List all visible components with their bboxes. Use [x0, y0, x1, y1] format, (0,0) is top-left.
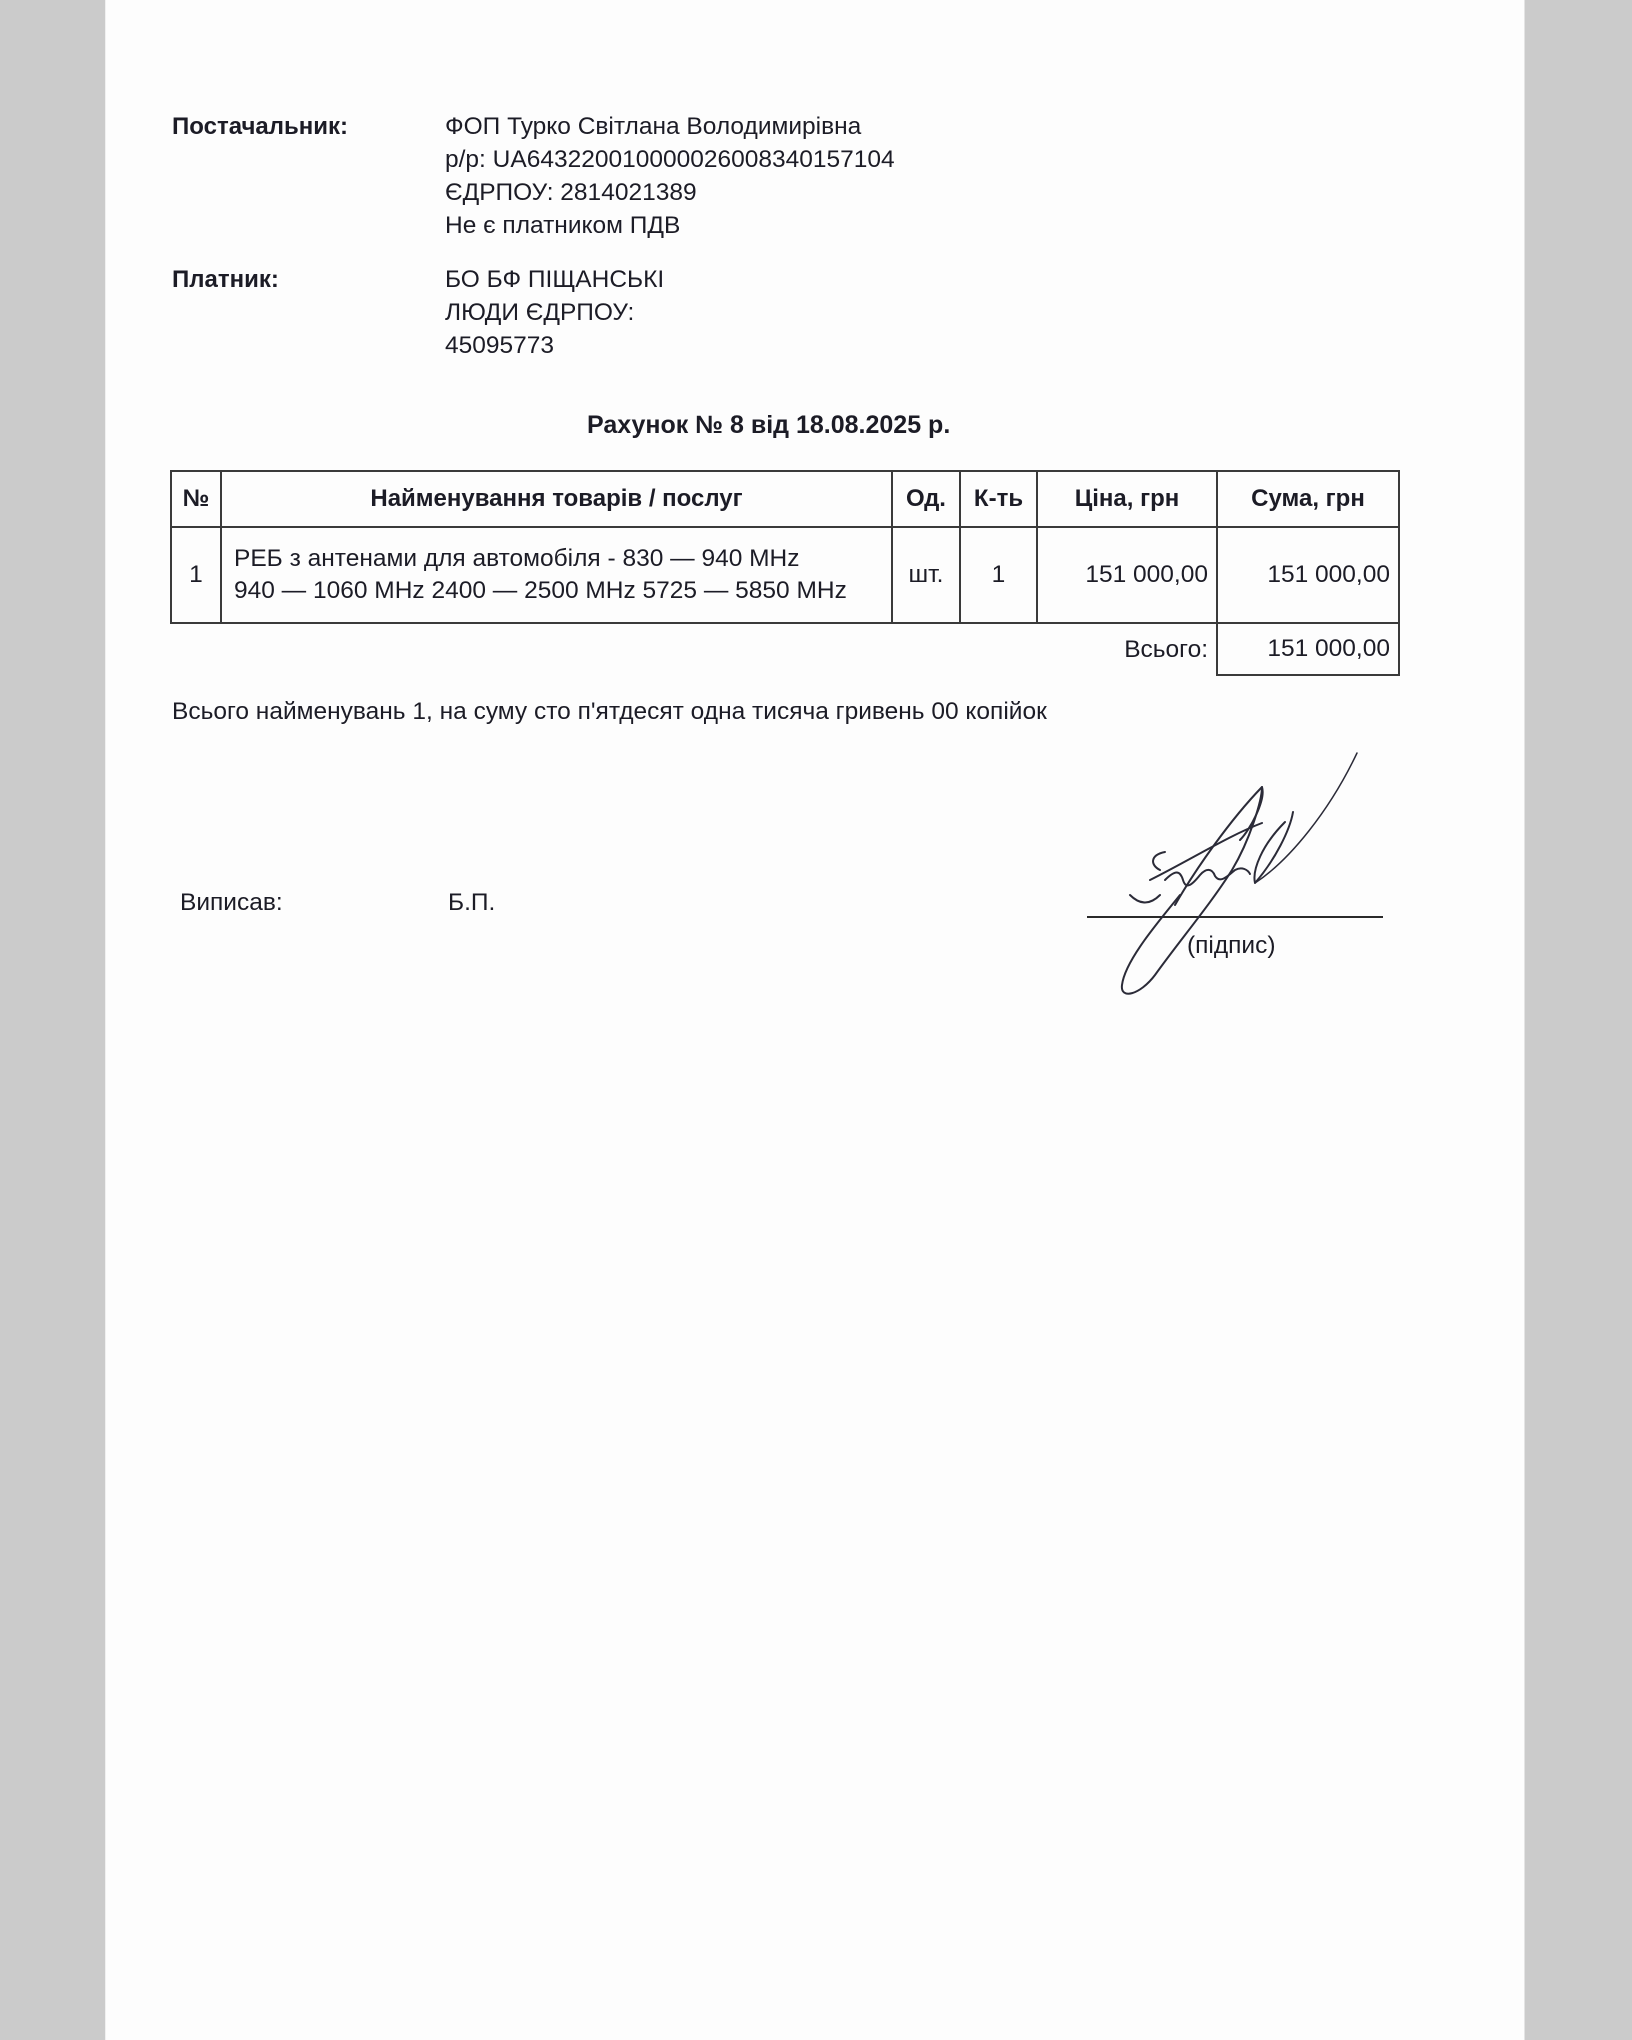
col-header-name: Найменування товарів / послуг — [221, 471, 892, 527]
supplier-label: Постачальник: — [172, 113, 348, 141]
table-header-row: № Найменування товарів / послуг Од. К-ть… — [171, 471, 1399, 527]
supplier-details: ФОП Турко Світлана Володимирівна р/р: UA… — [445, 110, 895, 242]
supplier-account: р/р: UA643220010000026008340157104 — [445, 143, 895, 176]
payer-name-line1: БО БФ ПІЩАНСЬКІ — [445, 263, 664, 296]
payer-details: БО БФ ПІЩАНСЬКІ ЛЮДИ ЄДРПОУ: 45095773 — [445, 263, 664, 362]
total-label: Всього: — [171, 623, 1217, 675]
cell-name-line2: 940 — 1060 MHz 2400 — 2500 MHz 5725 — 58… — [234, 575, 881, 607]
supplier-edrpou: ЄДРПОУ: 2814021389 — [445, 176, 895, 209]
col-header-sum: Сума, грн — [1217, 471, 1399, 527]
issued-by-label: Виписав: — [180, 886, 283, 919]
total-value: 151 000,00 — [1217, 623, 1399, 675]
payer-label: Платник: — [172, 266, 279, 294]
invoice-title: Рахунок № 8 від 18.08.2025 р. — [587, 411, 950, 440]
cell-no: 1 — [171, 527, 221, 623]
cell-sum: 151 000,00 — [1217, 527, 1399, 623]
payer-edrpou: 45095773 — [445, 329, 664, 362]
signature-line — [1087, 916, 1383, 918]
cell-unit: шт. — [892, 527, 960, 623]
issued-by-value: Б.П. — [448, 886, 495, 919]
table-row: 1 РЕБ з антенами для автомобіля - 830 — … — [171, 527, 1399, 623]
payer-name-line2: ЛЮДИ ЄДРПОУ: — [445, 296, 664, 329]
cell-price: 151 000,00 — [1037, 527, 1217, 623]
amount-in-words: Всього найменувань 1, на суму сто п'ятде… — [172, 695, 1047, 728]
col-header-no: № — [171, 471, 221, 527]
signature-caption: (підпис) — [1187, 929, 1276, 962]
cell-name-line1: РЕБ з антенами для автомобіля - 830 — 94… — [234, 543, 881, 575]
document-page — [106, 0, 1524, 2040]
cell-qty: 1 — [960, 527, 1037, 623]
supplier-name: ФОП Турко Світлана Володимирівна — [445, 110, 895, 143]
table-total-row: Всього: 151 000,00 — [171, 623, 1399, 675]
col-header-unit: Од. — [892, 471, 960, 527]
col-header-qty: К-ть — [960, 471, 1037, 527]
col-header-price: Ціна, грн — [1037, 471, 1217, 527]
cell-name: РЕБ з антенами для автомобіля - 830 — 94… — [221, 527, 892, 623]
supplier-vat-status: Не є платником ПДВ — [445, 209, 895, 242]
invoice-table: № Найменування товарів / послуг Од. К-ть… — [170, 470, 1400, 676]
